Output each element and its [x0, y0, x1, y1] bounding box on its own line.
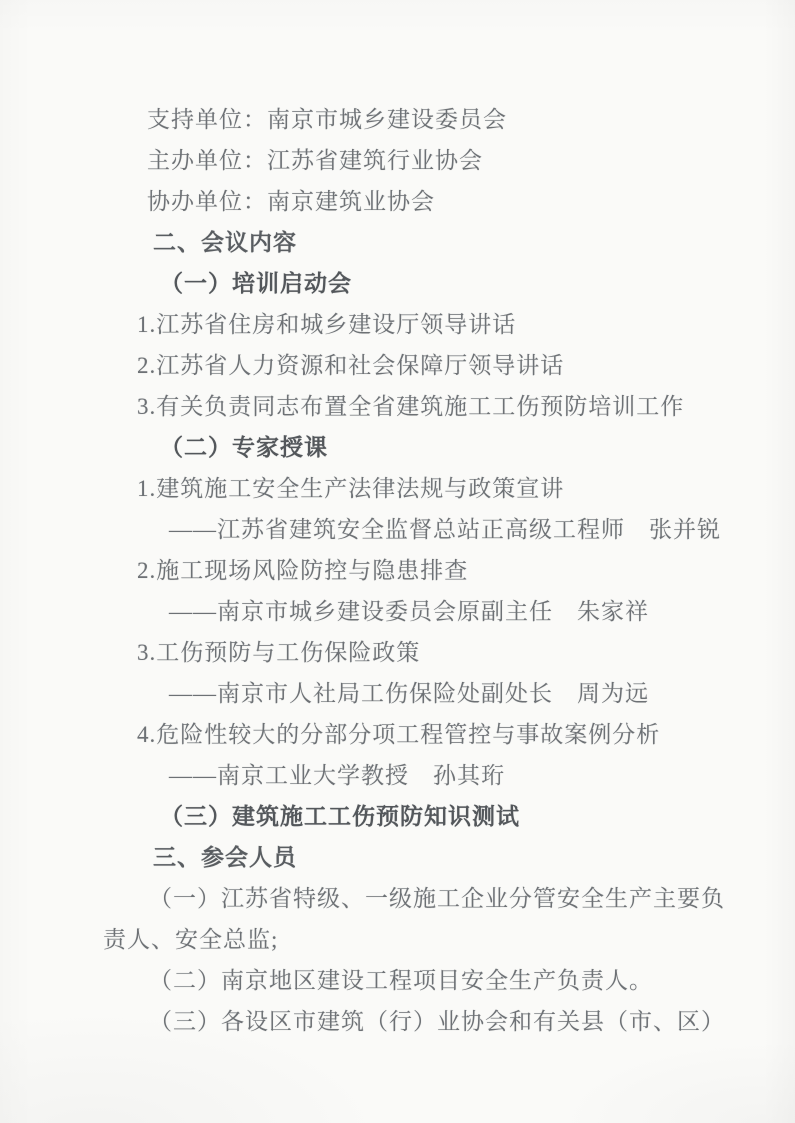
document-line: （三）建筑施工工伤预防知识测试 — [103, 796, 697, 837]
document-line: 4.危险性较大的分部分项工程管控与事故案例分析 — [103, 714, 697, 755]
document-line: 二、会议内容 — [103, 222, 697, 263]
document-line: ——江苏省建筑安全监督总站正高级工程师 张并锐 — [103, 509, 697, 550]
document-line: 1.江苏省住房和城乡建设厅领导讲话 — [103, 304, 697, 345]
document-line: ——南京工业大学教授 孙其珩 — [103, 755, 697, 796]
document-line: 责人、安全总监; — [103, 919, 697, 960]
document-line: 2.施工现场风险防控与隐患排查 — [103, 550, 697, 591]
document-line: （二）南京地区建设工程项目安全生产负责人。 — [103, 960, 697, 1001]
document-line: 支持单位：南京市城乡建设委员会 — [103, 99, 697, 140]
document-line: （二）专家授课 — [103, 427, 697, 468]
document-content: 支持单位：南京市城乡建设委员会主办单位：江苏省建筑行业协会协办单位：南京建筑业协… — [103, 99, 697, 1042]
document-line: ——南京市人社局工伤保险处副处长 周为远 — [103, 673, 697, 714]
document-line: （三）各设区市建筑（行）业协会和有关县（市、区） — [103, 1001, 697, 1042]
document-line: ——南京市城乡建设委员会原副主任 朱家祥 — [103, 591, 697, 632]
document-line: （一）培训启动会 — [103, 263, 697, 304]
document-line: 三、参会人员 — [103, 837, 697, 878]
document-line: （一）江苏省特级、一级施工企业分管安全生产主要负 — [103, 878, 697, 919]
document-line: 主办单位：江苏省建筑行业协会 — [103, 140, 697, 181]
document-line: 3.工伤预防与工伤保险政策 — [103, 632, 697, 673]
document-line: 1.建筑施工安全生产法律法规与政策宣讲 — [103, 468, 697, 509]
document-line: 2.江苏省人力资源和社会保障厅领导讲话 — [103, 345, 697, 386]
document-line: 3.有关负责同志布置全省建筑施工工伤预防培训工作 — [103, 386, 697, 427]
scanned-document-page: 支持单位：南京市城乡建设委员会主办单位：江苏省建筑行业协会协办单位：南京建筑业协… — [0, 0, 795, 1123]
document-line: 协办单位：南京建筑业协会 — [103, 181, 697, 222]
